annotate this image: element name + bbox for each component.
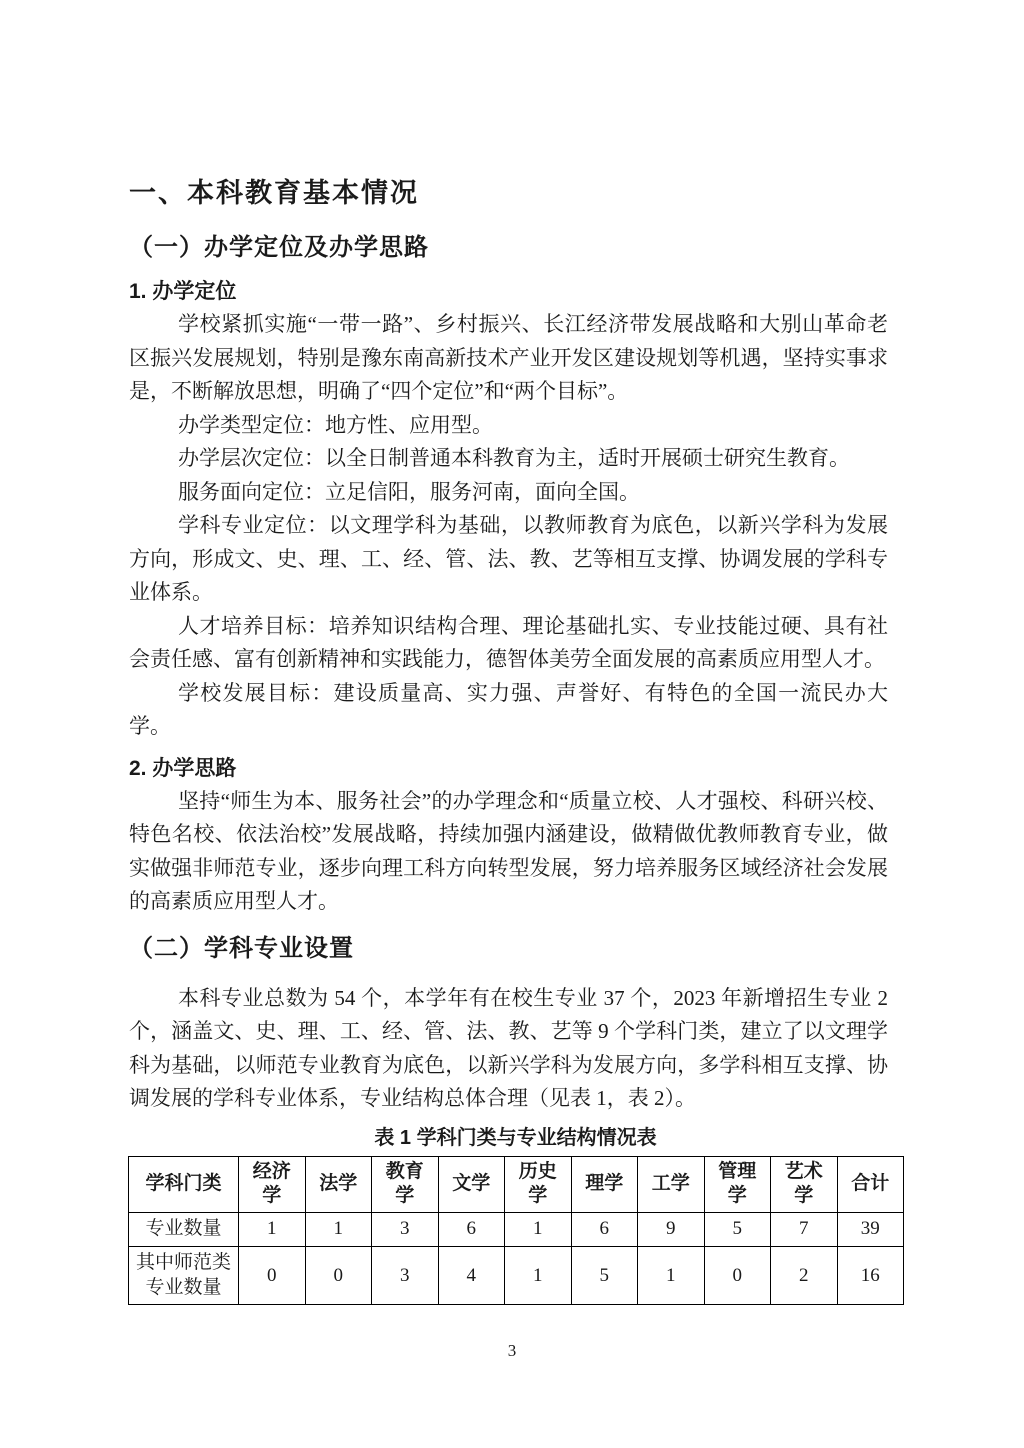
cell-value: 6: [438, 1212, 505, 1246]
cell-value: 3: [372, 1246, 439, 1304]
body-paragraph: 服务面向定位：立足信阳，服务河南，面向全国。: [129, 476, 888, 510]
page-title: 一、本科教育基本情况: [129, 178, 888, 208]
cell-value: 1: [638, 1246, 705, 1304]
subsection-1-2-heading: 2. 办学思路: [129, 757, 888, 781]
table-header-row: 学科门类 经济 学 法学 教育 学 文学 历史 学 理学 工学 管理 学 艺术 …: [129, 1156, 904, 1212]
cell-value: 1: [505, 1246, 572, 1304]
cell-value: 9: [638, 1212, 705, 1246]
cell-value: 5: [571, 1246, 638, 1304]
cell-value: 2: [771, 1246, 838, 1304]
subject-structure-table: 学科门类 经济 学 法学 教育 学 文学 历史 学 理学 工学 管理 学 艺术 …: [128, 1156, 904, 1305]
column-header: 工学: [638, 1156, 705, 1212]
column-header: 艺术 学: [771, 1156, 838, 1212]
subsection-1-1-heading: 1. 办学定位: [129, 280, 888, 304]
body-paragraph: 人才培养目标：培养知识结构合理、理论基础扎实、专业技能过硬、具有社会责任感、富有…: [129, 610, 888, 677]
body-paragraph: 学校发展目标：建设质量高、实力强、声誉好、有特色的全国一流民办大学。: [129, 677, 888, 744]
table-row: 专业数量 1 1 3 6 1 6 9 5 7 39: [129, 1212, 904, 1246]
row-label: 其中师范类 专业数量: [129, 1246, 239, 1304]
column-header: 教育 学: [372, 1156, 439, 1212]
cell-value: 0: [305, 1246, 372, 1304]
cell-value: 5: [704, 1212, 771, 1246]
table-row: 其中师范类 专业数量 0 0 3 4 1 5 1 0 2 16: [129, 1246, 904, 1304]
page-number: 3: [0, 1340, 1024, 1362]
cell-value: 3: [372, 1212, 439, 1246]
document-page: 一、本科教育基本情况 （一）办学定位及办学思路 1. 办学定位 学校紧抓实施“一…: [0, 0, 1024, 1448]
column-header: 经济 学: [239, 1156, 306, 1212]
body-paragraph: 坚持“师生为本、服务社会”的办学理念和“质量立校、人才强校、科研兴校、特色名校、…: [129, 785, 888, 919]
body-paragraph: 办学类型定位：地方性、应用型。: [129, 409, 888, 443]
cell-value: 0: [704, 1246, 771, 1304]
cell-value: 1: [505, 1212, 572, 1246]
column-header: 历史 学: [505, 1156, 572, 1212]
cell-value: 0: [239, 1246, 306, 1304]
column-header: 管理 学: [704, 1156, 771, 1212]
cell-value: 16: [837, 1246, 904, 1304]
column-header: 理学: [571, 1156, 638, 1212]
cell-value: 6: [571, 1212, 638, 1246]
body-paragraph: 学科专业定位：以文理学科为基础，以教师教育为底色，以新兴学科为发展方向，形成文、…: [129, 509, 888, 610]
column-header: 文学: [438, 1156, 505, 1212]
body-paragraph: 办学层次定位：以全日制普通本科教育为主，适时开展硕士研究生教育。: [129, 442, 888, 476]
cell-value: 1: [305, 1212, 372, 1246]
cell-value: 4: [438, 1246, 505, 1304]
section-1-heading: （一）办学定位及办学思路: [129, 233, 888, 263]
cell-value: 7: [771, 1212, 838, 1246]
cell-value: 39: [837, 1212, 904, 1246]
body-paragraph: 学校紧抓实施“一带一路”、乡村振兴、长江经济带发展战略和大别山革命老区振兴发展规…: [129, 308, 888, 409]
column-header: 法学: [305, 1156, 372, 1212]
document-content: 一、本科教育基本情况 （一）办学定位及办学思路 1. 办学定位 学校紧抓实施“一…: [129, 0, 888, 1305]
column-header: 学科门类: [129, 1156, 239, 1212]
column-header: 合计: [837, 1156, 904, 1212]
section-2-heading: （二）学科专业设置: [129, 934, 888, 964]
row-label: 专业数量: [129, 1212, 239, 1246]
cell-value: 1: [239, 1212, 306, 1246]
body-paragraph: 本科专业总数为 54 个，本学年有在校生专业 37 个，2023 年新增招生专业…: [129, 982, 888, 1116]
table-caption: 表 1 学科门类与专业结构情况表: [128, 1126, 903, 1150]
